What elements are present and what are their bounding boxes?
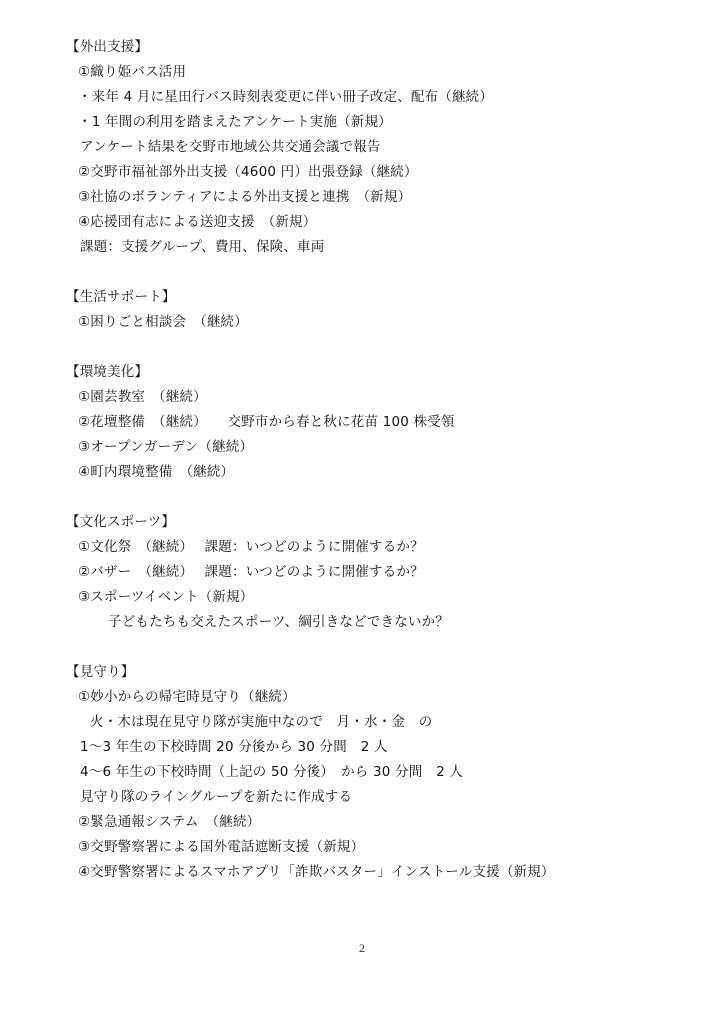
list-item: ③交野警察署による国外電話遮断支援（新規） (78, 838, 364, 856)
list-item: 課題：支援グループ、費用、保険、車両 (80, 238, 324, 256)
document-page: 【外出支援】 ①織り姫バス活用 ・来年 4 月に星田行バス時刻表変更に伴い冊子改… (0, 0, 724, 1024)
list-item: ④応援団有志による送迎支援 （新規） (78, 213, 316, 231)
list-item: ①織り姫バス活用 (78, 63, 186, 81)
list-item: ②交野市福祉部外出支援（4600 円）出張登録（継続） (78, 163, 418, 181)
list-item: アンケート結果を交野市地域公共交通会議で報告 (80, 138, 381, 156)
list-item: 火・木は現在見守り隊が実施中なので 月・水・金 の (90, 713, 433, 731)
list-item: 子どもたちも交えたスポーツ、綱引きなどできないか？ (108, 613, 449, 631)
list-item: ①困りごと相談会 （継続） (78, 313, 248, 331)
list-item: ③スポーツイベント（新規） (78, 588, 254, 606)
section-heading-environment: 【環境美化】 (66, 363, 148, 381)
list-item: 1～3 年生の下校時間 20 分後から 30 分間 2 人 (80, 738, 388, 756)
section-heading-life-support: 【生活サポート】 (66, 288, 176, 306)
list-item: ②バザー （継続） 課題：いつどのように開催するか？ (78, 563, 424, 581)
section-heading-culture-sports: 【文化スポーツ】 (66, 513, 175, 531)
list-item: ③社協のボランティアによる外出支援と連携 （新規） (78, 188, 411, 206)
list-item: ①妙小からの帰宅時見守り（継続） (78, 688, 296, 706)
list-item: 見守り隊のライングループを新たに作成する (80, 788, 352, 806)
list-item: ④町内環境整備 （継続） (78, 463, 234, 481)
list-item: ・来年 4 月に星田行バス時刻表変更に伴い冊子改定、配布（継続） (78, 88, 493, 106)
list-item: ②緊急通報システム （継続） (78, 813, 260, 831)
section-heading-outing-support: 【外出支援】 (66, 38, 148, 56)
page-number: 2 (0, 941, 724, 956)
section-heading-watch: 【見守り】 (66, 663, 135, 681)
list-item: ③オープンガーデン（継続） (78, 438, 253, 456)
list-item: 4～6 年生の下校時間（上記の 50 分後） から 30 分間 2 人 (80, 763, 463, 781)
list-item: ②花壇整備 （継続） 交野市から春と秋に花苗 100 株受領 (78, 413, 455, 431)
list-item: ①文化祭 （継続） 課題：いつどのように開催するか？ (78, 538, 424, 556)
list-item: ①園芸教室 （継続） (78, 388, 207, 406)
list-item: ・1 年間の利用を踏まえたアンケート実施（新規） (78, 113, 392, 131)
list-item: ④交野警察署によるスマホアプリ「詐欺バスター」インストール支援（新規） (78, 863, 555, 881)
